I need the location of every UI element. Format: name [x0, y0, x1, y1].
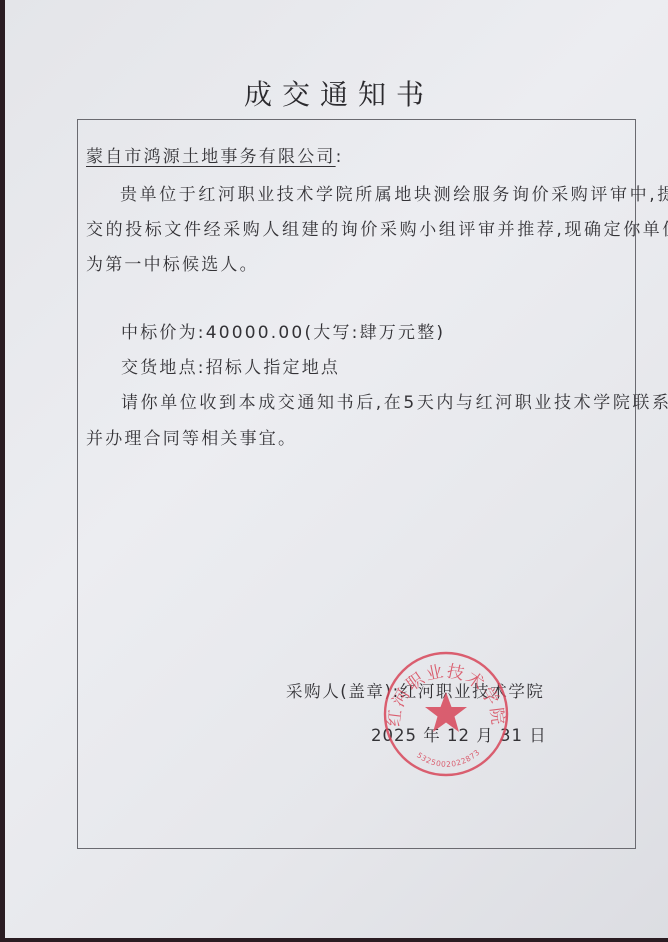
- addressee-name: 蒙自市鸿源土地事务有限公司: [86, 147, 336, 167]
- addressee-colon: :: [336, 147, 344, 167]
- contact-instruction-line-1: 请你单位收到本成交通知书后,在5天内与红河职业技术学院联系: [121, 388, 668, 413]
- paragraph-1-line-2: 交的投标文件经采购人组建的询价采购小组评审并推荐,现确定你单位: [86, 215, 668, 240]
- addressee: 蒙自市鸿源土地事务有限公司:: [86, 142, 344, 167]
- bid-price-line: 中标价为:40000.00(大写:肆万元整): [121, 318, 445, 343]
- document-title: 成交通知书: [0, 73, 668, 113]
- contact-instruction-line-2: 并办理合同等相关事宜。: [86, 424, 297, 449]
- delivery-location-line: 交货地点:招标人指定地点: [121, 353, 340, 378]
- purchaser-signature: 采购人(盖章):红河职业技术学院: [286, 678, 545, 702]
- paragraph-1-line-1: 贵单位于红河职业技术学院所属地块测绘服务询价采购评审中,提: [120, 180, 668, 205]
- signature-date: 2025 年 12 月 31 日: [371, 722, 547, 746]
- paragraph-1-line-3: 为第一中标候选人。: [86, 250, 259, 275]
